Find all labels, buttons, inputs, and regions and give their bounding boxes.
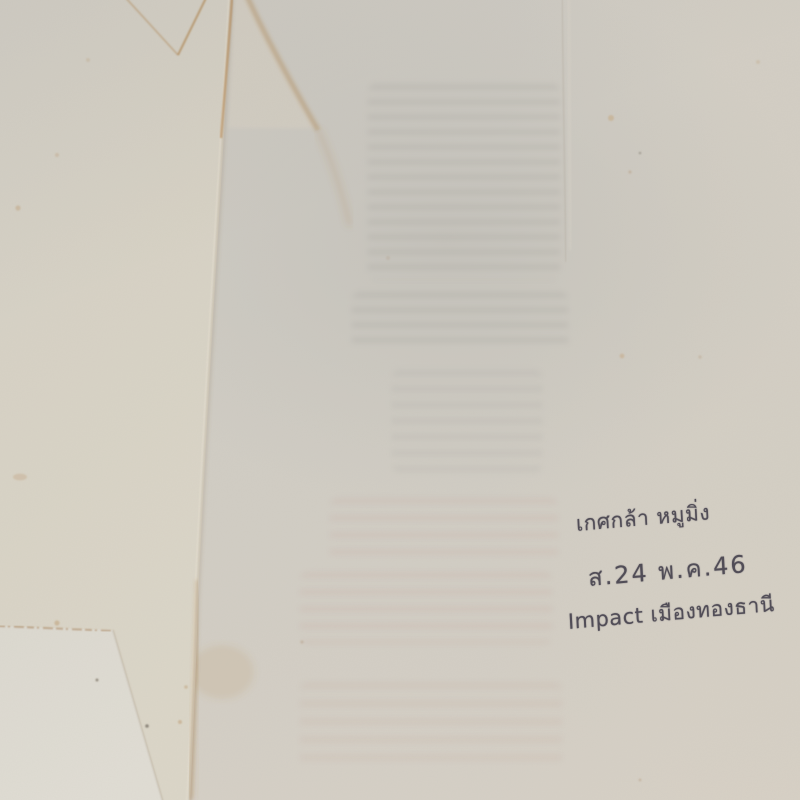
paper-grain	[0, 0, 800, 800]
handwriting-line-name: เกศกล้า หมูมิ่ง	[575, 496, 711, 541]
handwritten-note: เกศกล้า หมูมิ่ง ส.24 พ.ค.46 Impact เมือง…	[558, 492, 793, 667]
book-page-photo: เกศกล้า หมูมิ่ง ส.24 พ.ค.46 Impact เมือง…	[0, 0, 800, 800]
paper-marks-layer	[0, 0, 800, 800]
handwriting-line-date: ส.24 พ.ค.46	[587, 544, 749, 597]
